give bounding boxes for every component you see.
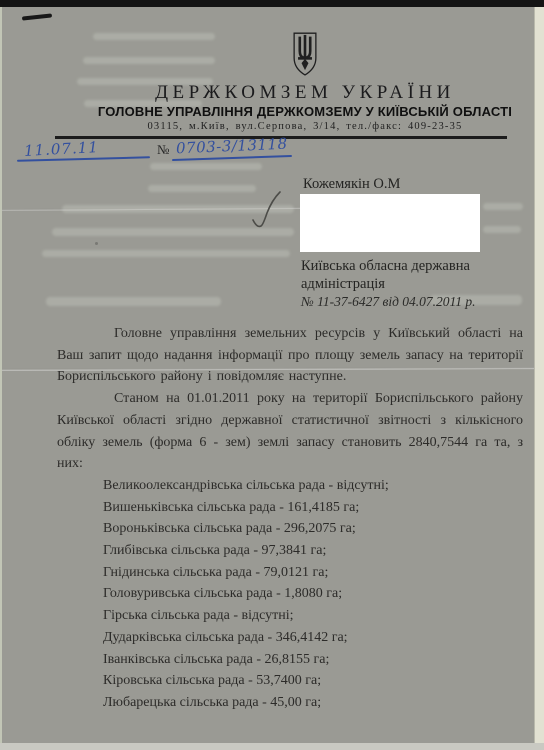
bleed-through-line (46, 297, 221, 306)
letter-body: Головне управління земельних ресурсів у … (57, 323, 523, 714)
bleed-through-line (483, 226, 521, 233)
bleed-through-line (483, 203, 523, 210)
redaction-box (300, 194, 480, 252)
body-paragraph-1: Головне управління земельних ресурсів у … (57, 323, 523, 388)
scan-edge-top (0, 0, 544, 7)
ink-dot (95, 242, 98, 245)
bleed-through-line (148, 185, 256, 192)
number-sign: № (157, 142, 169, 158)
handwritten-date: 11.07.11 (24, 138, 100, 160)
bleed-through-line (93, 33, 215, 40)
council-list-item: Іванківська сільська рада - 26,8155 га; (103, 649, 523, 671)
council-list-item: Кіровська сільська рада - 53,7400 га; (103, 670, 523, 692)
recipient-name: Кожемякін О.М (303, 176, 400, 193)
agency-title: ДЕРЖКОМЗЕМ УКРАЇНИ (66, 82, 544, 104)
council-list-item: Дударківська сільська рада - 346,4142 га… (103, 627, 523, 649)
council-list-item: Головуривська сільська рада - 1,8080 га; (103, 583, 523, 605)
pen-mark (22, 13, 52, 20)
ukraine-trident-emblem-icon (277, 31, 333, 81)
body-paragraph-2: Станом на 01.01.2011 року на території Б… (57, 388, 523, 475)
handwritten-number: 0703-3/13118 (176, 135, 288, 158)
letterhead-address: 03115, м.Київ, вул.Серпова, 3/14, тел./ф… (66, 121, 544, 132)
scanned-letter-document: ДЕРЖКОМЗЕМ УКРАЇНИ ГОЛОВНЕ УПРАВЛІННЯ ДЕ… (0, 0, 544, 750)
scan-edge-right (534, 7, 544, 750)
council-list-item: Гнідинська сільська рада - 79,0121 га; (103, 562, 523, 584)
bleed-through-line (42, 250, 290, 257)
scan-edge-bottom (0, 743, 544, 750)
department-title: ГОЛОВНЕ УПРАВЛІННЯ ДЕРЖКОМЗЕМУ У КИЇВСЬК… (66, 104, 544, 119)
council-list-item: Глибівська сільська рада - 97,3841 га; (103, 540, 523, 562)
recipient-reference: № 11-37-6427 від 04.07.2011 р. (301, 294, 476, 310)
council-list-item: Великоолександрівська сільська рада - ві… (103, 475, 523, 497)
council-list: Великоолександрівська сільська рада - ві… (57, 475, 523, 714)
bleed-through-line (150, 163, 262, 170)
council-list-item: Гірська сільська рада - відсутні; (103, 605, 523, 627)
checkmark-icon (250, 191, 282, 231)
bleed-through-line (83, 57, 215, 64)
recipient-organization: Київська обласна державна адміністрація (301, 258, 496, 293)
council-list-item: Вишеньківська сільська рада - 161,4185 г… (103, 497, 523, 519)
council-list-item: Вороньківська сільська рада - 296,2075 г… (103, 518, 523, 540)
scan-edge-left (0, 7, 2, 750)
council-list-item: Любарецька сільська рада - 45,00 га; (103, 692, 523, 714)
